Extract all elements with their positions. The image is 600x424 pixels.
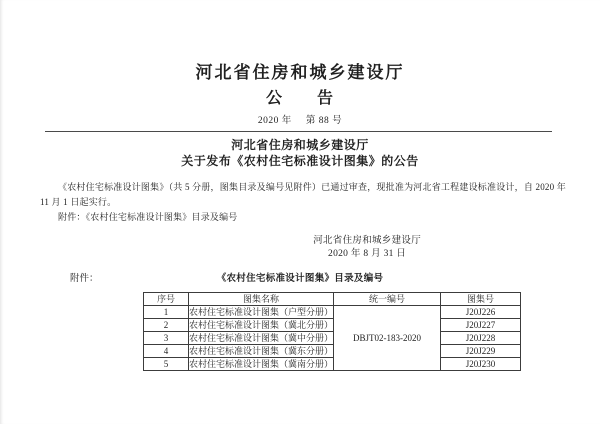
cell-atlas-number: J20J227 xyxy=(441,319,521,332)
cell-name: 农村住宅标准设计图集（冀中分册） xyxy=(189,332,334,345)
col-header-seq: 序号 xyxy=(144,293,189,306)
body-paragraph: 《农村住宅标准设计图集》（共 5 分册，图集目录及编号见附件）已通过审查，现批准… xyxy=(40,180,566,210)
cell-name: 农村住宅标准设计图集（户型分册） xyxy=(189,306,334,319)
issue-year: 2020 年 xyxy=(258,116,292,126)
header-divider xyxy=(45,131,552,132)
issuing-org-title: 河北省住房和城乡建设厅 xyxy=(0,64,600,81)
cell-atlas-number: J20J229 xyxy=(441,345,521,358)
table-row: 3 农村住宅标准设计图集（冀中分册） J20J228 xyxy=(144,332,521,345)
cell-seq: 4 xyxy=(144,345,189,358)
document-page: 河北省住房和城乡建设厅 公 告 2020 年第 88 号 河北省住房和城乡建设厅… xyxy=(0,0,600,424)
announcement-body: 《农村住宅标准设计图集》（共 5 分册，图集目录及编号见附件）已通过审查，现批准… xyxy=(0,180,600,261)
table-row: 4 农村住宅标准设计图集（冀东分册） J20J229 xyxy=(144,345,521,358)
table-row: 1 农村住宅标准设计图集（户型分册） DBJT02-183-2020 J20J2… xyxy=(144,306,521,319)
cell-atlas-number: J20J228 xyxy=(441,332,521,345)
doc-type-heading: 公 告 xyxy=(0,91,600,107)
cell-name: 农村住宅标准设计图集（冀东分册） xyxy=(189,345,334,358)
table-row: 5 农村住宅标准设计图集（冀南分册） J20J230 xyxy=(144,358,521,371)
atlas-table: 序号 图集名称 统一编号 图集号 1 农村住宅标准设计图集（户型分册） DBJT… xyxy=(143,292,521,371)
cell-unified-number: DBJT02-183-2020 xyxy=(334,306,441,371)
signer-name: 河北省住房和城乡建设厅 xyxy=(313,235,421,248)
cell-seq: 1 xyxy=(144,306,189,319)
attachment-label: 附件： xyxy=(70,273,99,285)
cell-atlas-number: J20J230 xyxy=(441,358,521,371)
issue-number: 第 88 号 xyxy=(306,116,342,126)
attachment-heading-row: 附件： 《农村住宅标准设计图集》目录及编号 xyxy=(0,273,600,285)
col-header-name: 图集名称 xyxy=(189,293,334,306)
col-header-atlas-number: 图集号 xyxy=(441,293,521,306)
signature-block: 河北省住房和城乡建设厅 2020 年 8 月 31 日 xyxy=(313,235,421,261)
cell-seq: 3 xyxy=(144,332,189,345)
table-row: 2 农村住宅标准设计图集（冀北分册） J20J227 xyxy=(144,319,521,332)
cell-name: 农村住宅标准设计图集（冀北分册） xyxy=(189,319,334,332)
col-header-unified-number: 统一编号 xyxy=(334,293,441,306)
announcement-title: 河北省住房和城乡建设厅 关于发布《农村住宅标准设计图集》的公告 xyxy=(0,137,600,169)
document-header: 河北省住房和城乡建设厅 公 告 2020 年第 88 号 xyxy=(0,64,600,126)
announcement-title-line2: 关于发布《农村住宅标准设计图集》的公告 xyxy=(0,153,600,169)
cell-seq: 5 xyxy=(144,358,189,371)
cell-atlas-number: J20J226 xyxy=(441,306,521,319)
table-header-row: 序号 图集名称 统一编号 图集号 xyxy=(144,293,521,306)
attachment-reference: 附件：《农村住宅标准设计图集》目录及编号 xyxy=(40,210,566,225)
cell-seq: 2 xyxy=(144,319,189,332)
cell-name: 农村住宅标准设计图集（冀南分册） xyxy=(189,358,334,371)
issue-line: 2020 年第 88 号 xyxy=(0,116,600,126)
announcement-title-line1: 河北省住房和城乡建设厅 xyxy=(0,137,600,153)
sign-date: 2020 年 8 月 31 日 xyxy=(313,248,421,261)
